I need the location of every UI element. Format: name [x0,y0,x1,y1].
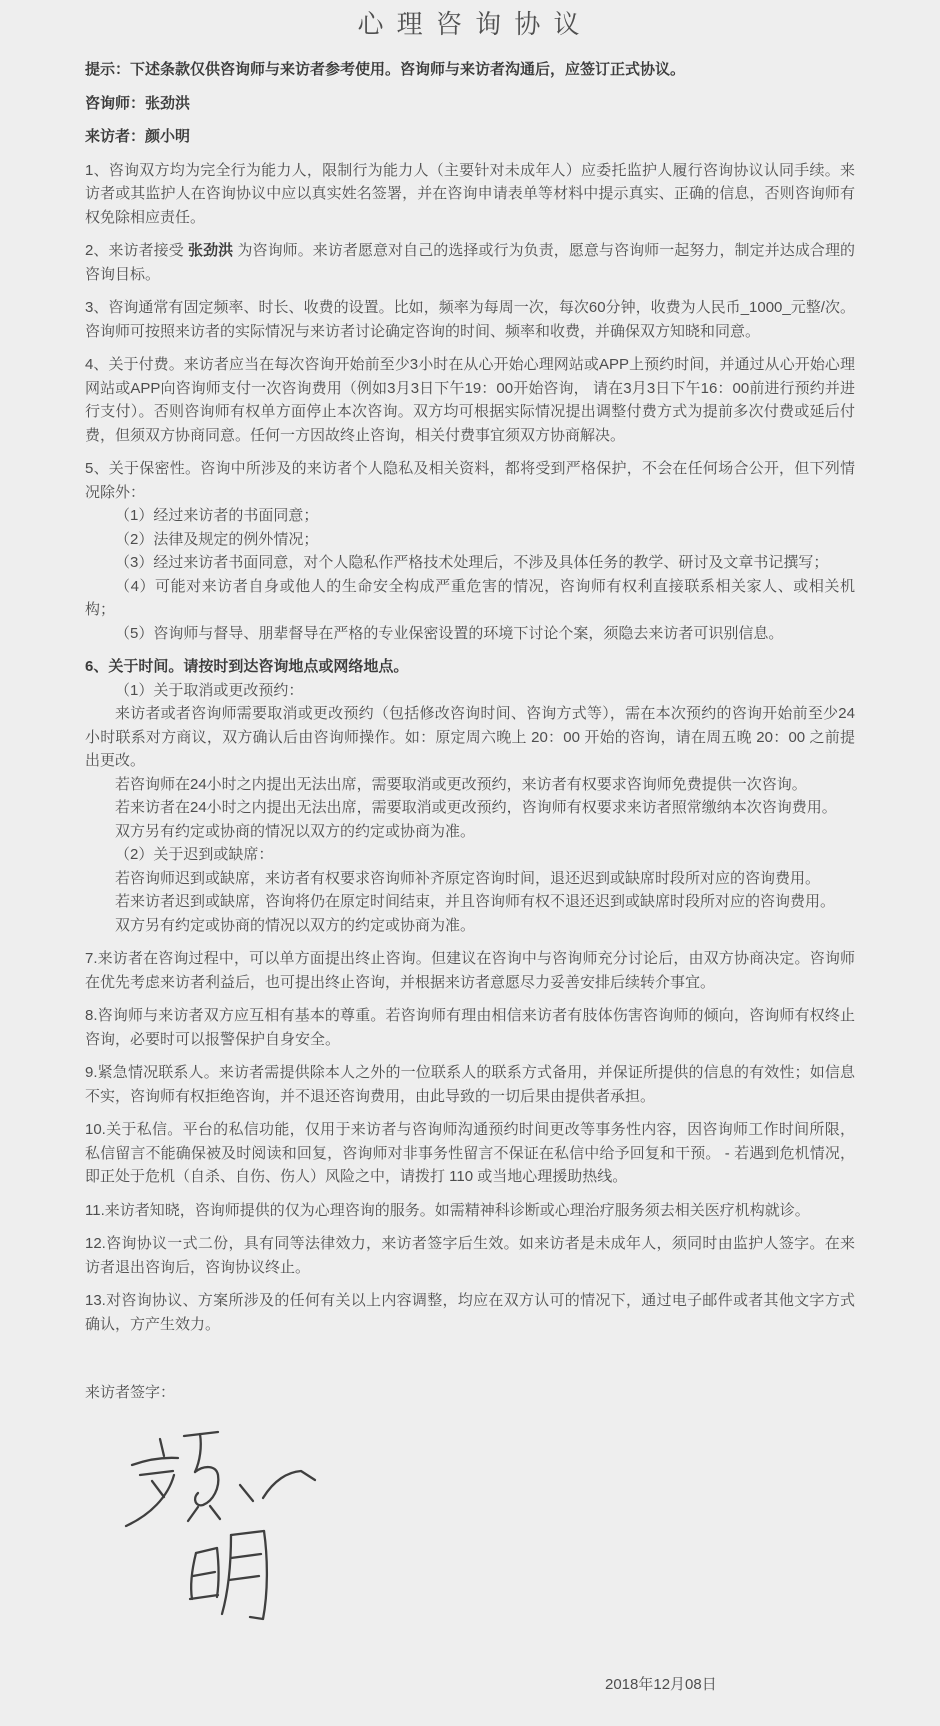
clause-6-line-2: 来访者或者咨询师需要取消或更改预约（包括修改咨询时间、咨询方式等），需在本次预约… [85,702,855,773]
clause-13: 13.对咨询协议、方案所涉及的任何有关以上内容调整，均应在双方认可的情况下，通过… [85,1289,855,1336]
signature-stroke [231,1554,261,1558]
signature-stroke [193,1572,215,1576]
clause-6-line-6: （2）关于迟到或缺席： [85,843,855,867]
agreement-document: 心 理 咨 询 协 议 提示：下述条款仅供咨询师与来访者参考使用。咨询师与来访者… [0,0,940,1726]
clause-7: 7.来访者在咨询过程中，可以单方面提出终止咨询。但建议在咨询中与咨询师充分讨论后… [85,947,855,994]
clause-6-line-8: 若来访者迟到或缺席，咨询将仍在原定时间结束，并且咨询师有权不退还迟到或缺席时段所… [85,890,855,914]
clause-6-line-1: （1）关于取消或更改预约： [85,679,855,703]
document-date: 2018年12月08日 [605,1673,717,1697]
signature-stroke [152,1481,164,1497]
signature-stroke [231,1531,264,1535]
signature-stroke [132,1457,178,1464]
notice-line: 提示：下述条款仅供咨询师与来访者参考使用。咨询师与来访者沟通后，应签订正式协议。 [85,58,855,82]
visitor-signature-drawing [118,1427,328,1627]
clause-10: 10.关于私信。平台的私信功能，仅用于来访者与咨询师沟通预约时间更改等事务性内容… [85,1118,855,1189]
clause-4: 4、关于付费。来访者应当在每次咨询开始前至少3小时在从心开始心理网站或APP上预… [85,353,855,447]
clause-9: 9.紧急情况联系人。来访者需提供除本人之外的一位联系人的联系方式备用，并保证所提… [85,1061,855,1108]
clause-5-item-5: （5）咨询师与督导、朋辈督导在严格的专业保密设置的环境下讨论个案，须隐去来访者可… [85,622,855,646]
clause-5-main: 5、关于保密性。咨询中所涉及的来访者个人隐私及相关资料，都将受到严格保护，不会在… [85,457,855,504]
clause-6-line-4: 若来访者在24小时之内提出无法出席，需要取消或更改预约，咨询师有权要求来访者照常… [85,796,855,820]
clause-2-prefix: 2、来访者接受 [85,242,188,259]
clause-5-item-4: （4）可能对来访者自身或他人的生命安全构成严重危害的情况，咨询师有权利直接联系相… [85,575,855,622]
clause-6-line-9: 双方另有约定或协商的情况以双方的约定或协商为准。 [85,914,855,938]
clause-1: 1、咨询双方均为完全行为能力人，限制行为能力人（主要针对未成年人）应委托监护人履… [85,159,855,230]
clause-12: 12.咨询协议一式二份，具有同等法律效力，来访者签字后生效。如来访者是未成年人，… [85,1232,855,1279]
clause-5-item-2: （2）法律及规定的例外情况； [85,528,855,552]
visitor-signature-label: 来访者签字： [85,1381,855,1405]
clause-2-counselor-name: 张劲洪 [188,242,233,259]
signature-stroke [217,1548,219,1597]
clause-6-line-5: 双方另有约定或协商的情况以双方的约定或协商为准。 [85,820,855,844]
signature-stroke [190,1595,218,1599]
clause-5: 5、关于保密性。咨询中所涉及的来访者个人隐私及相关资料，都将受到严格保护，不会在… [85,457,855,645]
signature-stroke [196,1548,217,1553]
signature-stroke [126,1475,174,1526]
signature-stroke [188,1507,198,1521]
signature-stroke [263,1471,315,1498]
clause-5-item-1: （1）经过来访者的书面同意； [85,504,855,528]
signature-stroke [195,1467,218,1505]
clause-8: 8.咨询师与来访者双方应互相有基本的尊重。若咨询师有理由相信来访者有肢体伤害咨询… [85,1004,855,1051]
clause-6-line-7: 若咨询师迟到或缺席，来访者有权要求咨询师补齐原定咨询时间，退还迟到或缺席时段所对… [85,867,855,891]
signature-stroke [210,1506,220,1519]
counselor-line: 咨询师：张劲洪 [85,92,855,116]
visitor-line: 来访者：颜小明 [85,125,855,149]
signature-stroke [160,1439,164,1456]
signature-stroke [140,1471,173,1475]
signature-stroke [195,1434,201,1472]
clause-5-item-3: （3）经过来访者书面同意，对个人隐私作严格技术处理后，不涉及具体任务的教学、研讨… [85,551,855,575]
page-title: 心 理 咨 询 协 议 [85,6,855,42]
clause-6-main: 6、关于时间。请按时到达咨询地点或网络地点。 [85,655,855,679]
signature-stroke [222,1535,231,1614]
signature-stroke [240,1485,253,1501]
clause-6: 6、关于时间。请按时到达咨询地点或网络地点。 （1）关于取消或更改预约： 来访者… [85,655,855,937]
signature-stroke [229,1576,259,1580]
clause-2: 2、来访者接受 张劲洪 为咨询师。来访者愿意对自己的选择或行为负责，愿意与咨询师… [85,239,855,286]
clause-11: 11.来访者知晓，咨询师提供的仅为心理咨询的服务。如需精神科诊断或心理治疗服务须… [85,1199,855,1223]
clause-6-line-3: 若咨询师在24小时之内提出无法出席，需要取消或更改预约，来访者有权要求咨询师免费… [85,773,855,797]
clause-3: 3、咨询通常有固定频率、时长、收费的设置。比如，频率为每周一次，每次60分钟，收… [85,296,855,343]
